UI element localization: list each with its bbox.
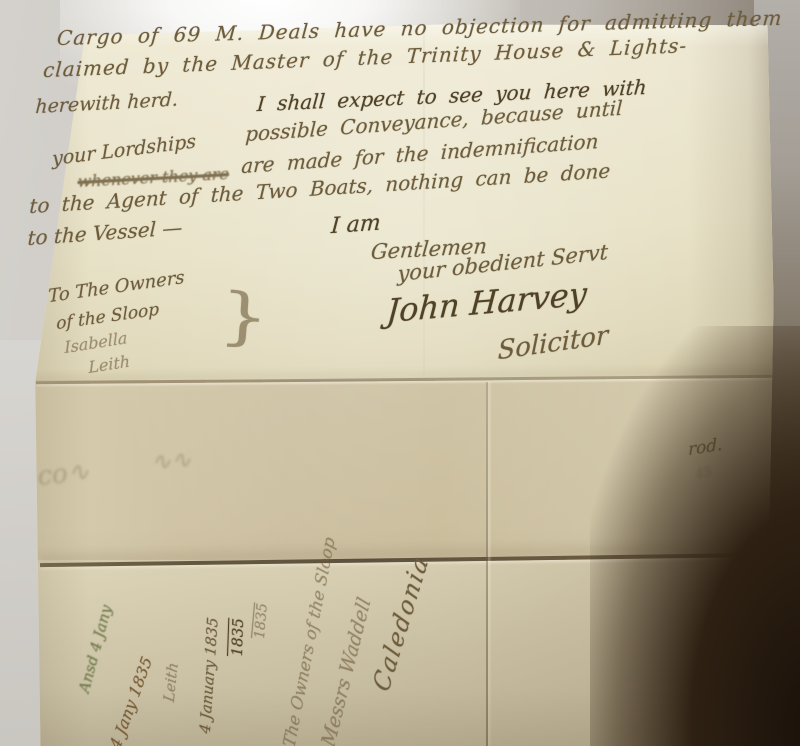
docket-green-note: Ansd 4 Jany (75, 603, 116, 695)
letter-line-4a: your Lordships (52, 130, 196, 170)
docket-year-2: 1835 (252, 602, 271, 639)
emboss-scribble-center: ∿∿ (150, 445, 192, 476)
docket-consignee: Messrs Waddell (318, 595, 375, 746)
letter-photo: Cargo of 69 M. Deals have no objection f… (0, 0, 800, 746)
address-line-1: To The Owners (48, 267, 185, 307)
middle-faint-mark-2: 45 (694, 464, 714, 483)
docket-brown-note: 4 Jany 1835 (106, 653, 156, 746)
signature-title: Solicitor (497, 320, 608, 366)
address-line-4: Leith (88, 351, 130, 377)
docket-year: 1835 (228, 618, 247, 657)
docket-date: 4 January 1835 (196, 616, 222, 735)
middle-faint-mark: rod. (688, 435, 723, 461)
address-line-2: of the Sloop (56, 300, 159, 335)
letter-line-6b: I am (330, 211, 381, 240)
address-brace: } (217, 278, 271, 354)
letter-line-6a: to the Vessel — (27, 215, 183, 250)
letter-line-3a: herewith herd. (35, 89, 179, 119)
docket-place: Leith (160, 661, 182, 704)
emboss-scribble-left: co∿ (36, 457, 91, 492)
docket-vessel-name: Caledonia (368, 550, 435, 696)
handwriting-layer: Cargo of 69 M. Deals have no objection f… (0, 0, 800, 746)
